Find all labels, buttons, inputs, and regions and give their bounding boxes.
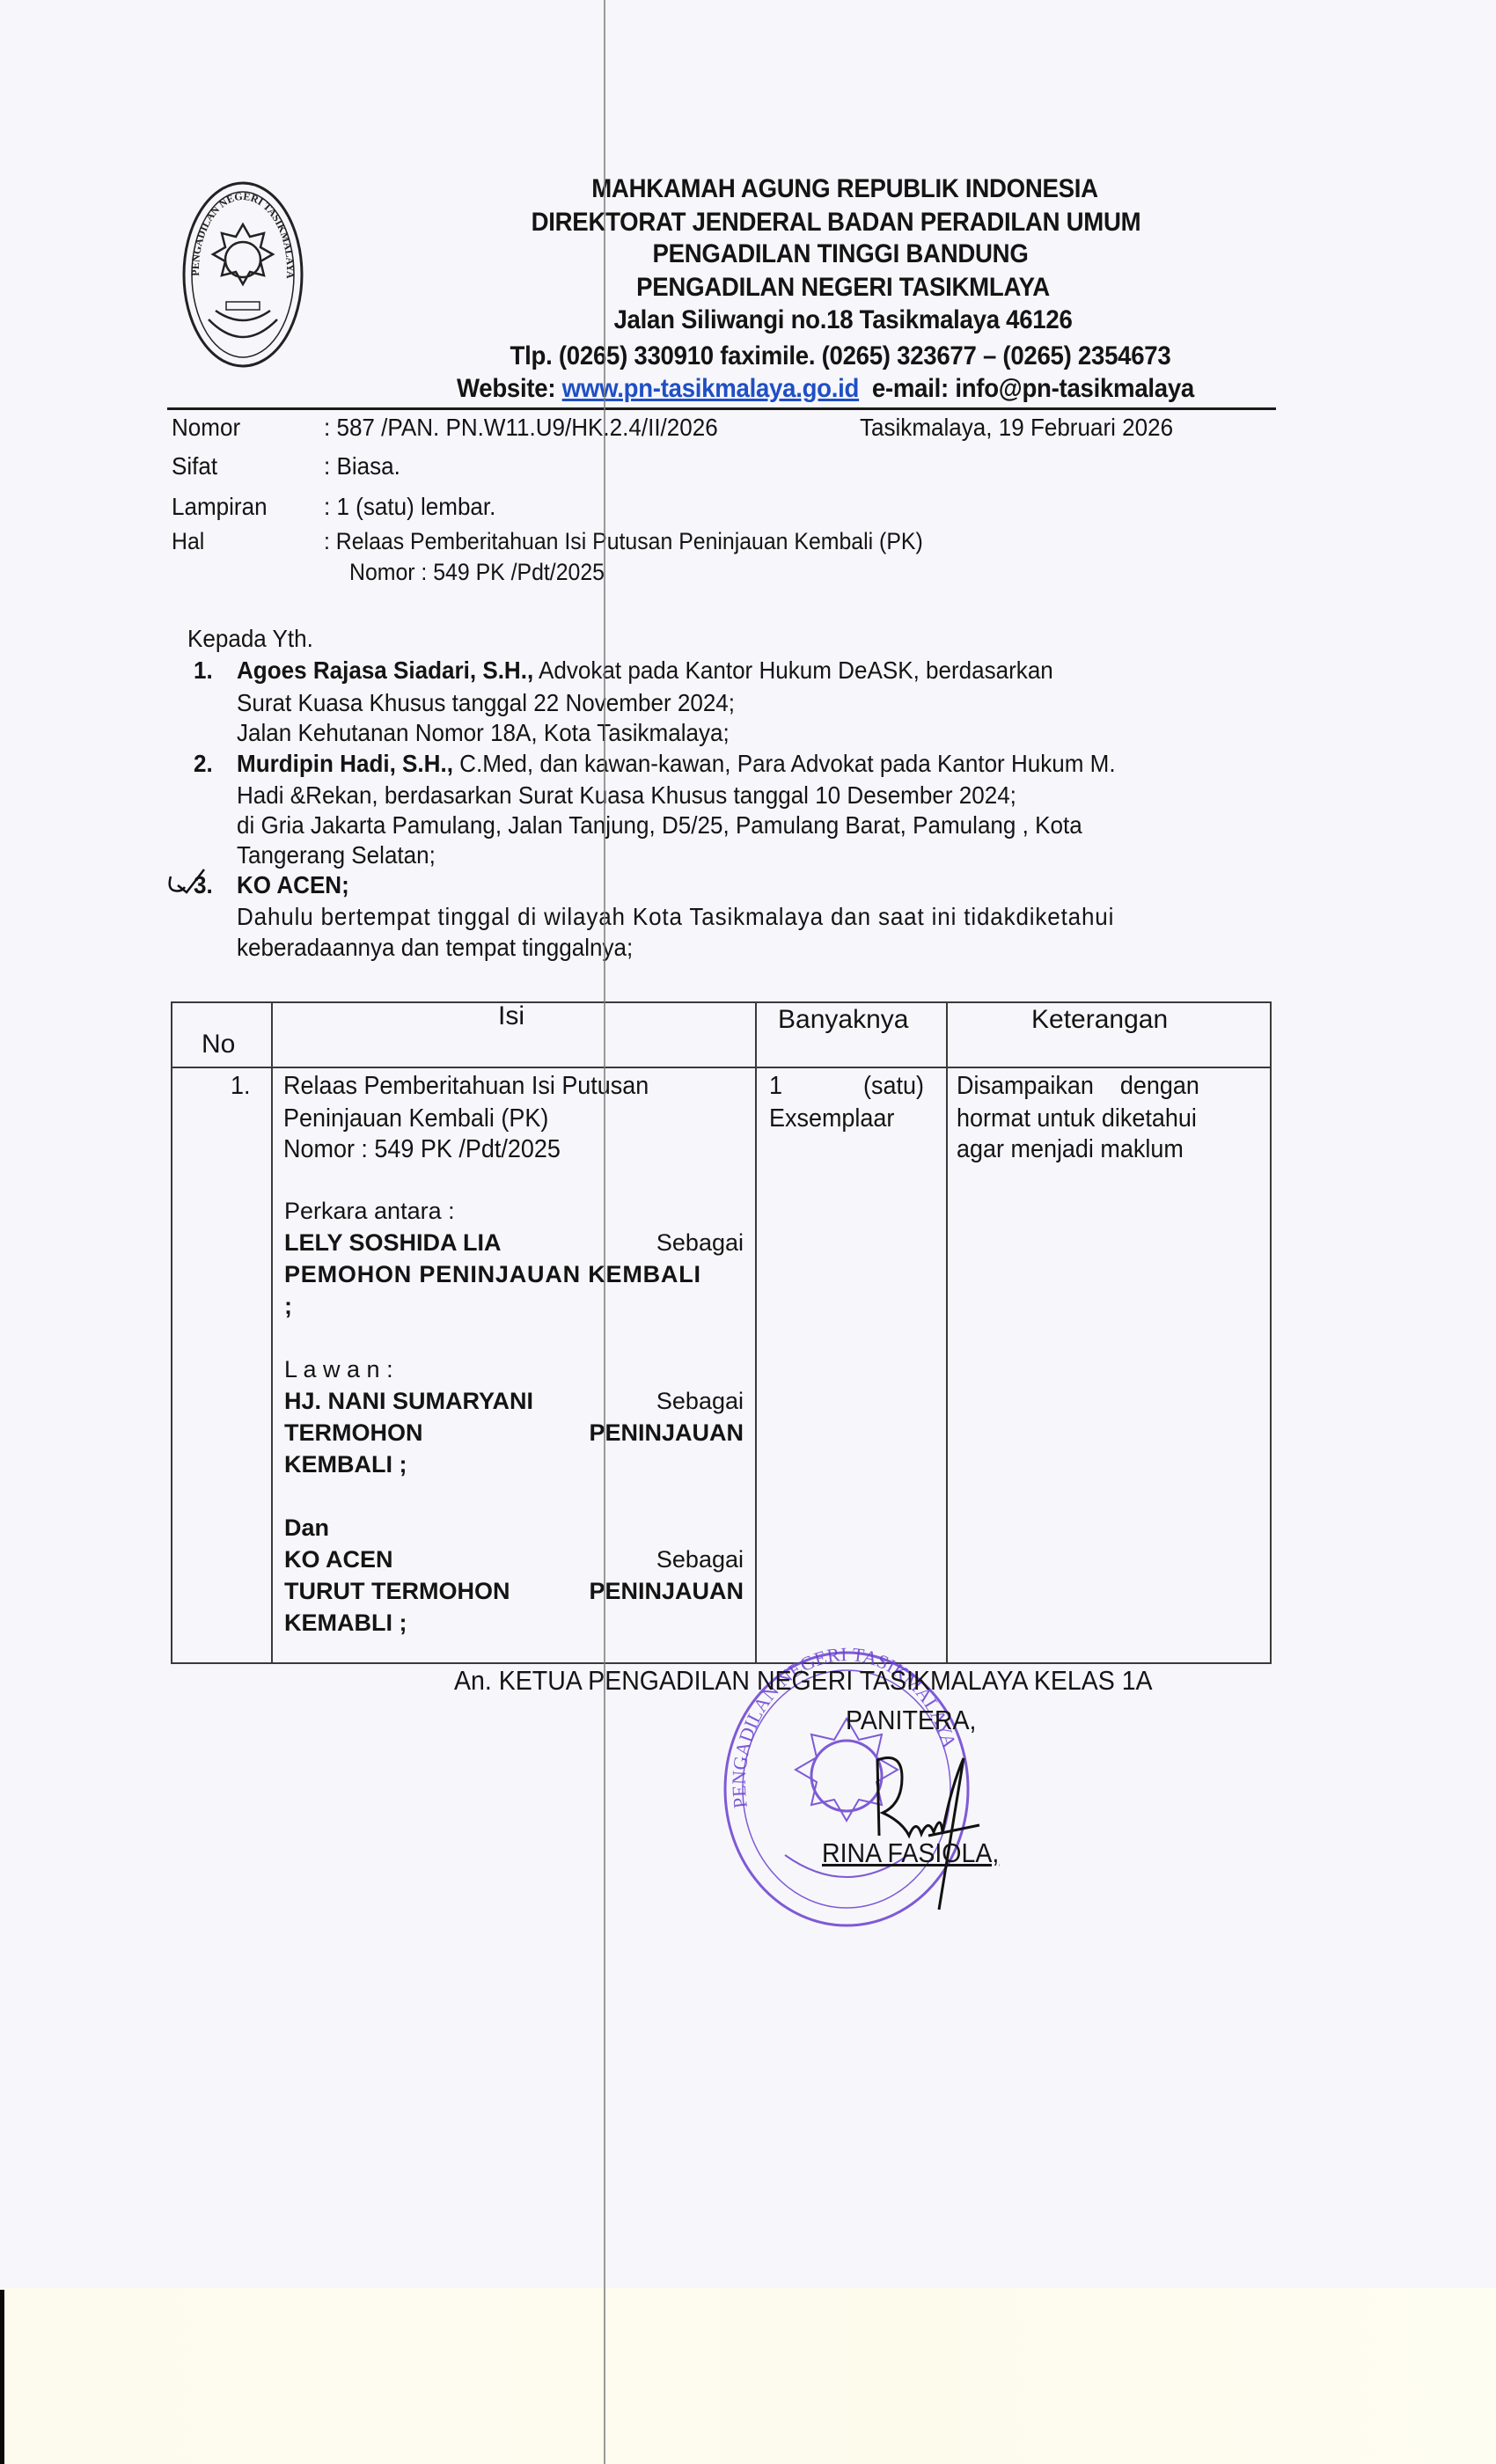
party-2-name: HJ. NANI SUMARYANI — [284, 1385, 533, 1417]
letterhead-line-1: MAHKAMAH AGUNG REPUBLIK INDONESIA — [157, 174, 1496, 204]
isi-line-3: Nomor : 549 PK /Pdt/2025 — [283, 1133, 561, 1166]
party-1-sebagai: Sebagai — [656, 1227, 744, 1258]
letterhead-phone: Tlp. (0265) 330910 faximile. (0265) 3236… — [152, 341, 1496, 371]
party-1-name: LELY SOSHIDA LIA — [284, 1227, 502, 1258]
recipient-3-line-2: Dahulu bertempat tinggal di wilayah Kota… — [237, 903, 1114, 931]
hal-label: Hal — [172, 528, 204, 555]
column-header-isi: Isi — [498, 1001, 524, 1031]
scanner-bed-area — [0, 2288, 1496, 2464]
recipient-2-number: 2. — [194, 750, 213, 778]
hal-value: : Relaas Pemberitahuan Isi Putusan Penin… — [324, 528, 923, 555]
recipient-1-line-2: Surat Kuasa Khusus tanggal 22 November 2… — [237, 689, 735, 717]
email-text: e-mail: info@pn-tasikmalaya — [872, 374, 1194, 403]
party-2-sebagai: Sebagai — [656, 1385, 744, 1417]
letterhead-rule — [167, 407, 1276, 410]
keterangan-line-2: hormat untuk diketahui — [957, 1103, 1197, 1135]
column-header-no: No — [202, 1030, 235, 1060]
banyaknya-unit: Exsemplaar — [769, 1103, 894, 1135]
party-2-role-c: KEMBALI ; — [284, 1448, 744, 1480]
party-2-role-a: TERMOHON — [284, 1417, 423, 1448]
sifat-label: Sifat — [172, 452, 217, 480]
party-1-role: PEMOHON PENINJAUAN KEMBALI — [284, 1258, 744, 1290]
table-divider — [271, 1001, 273, 1664]
recipient-2-desc: C.Med, dan kawan-kawan, Para Advokat pad… — [453, 750, 1116, 777]
fold-line — [604, 0, 605, 2464]
signatory-title: PANITERA, — [846, 1705, 976, 1736]
recipient-1-desc: Advokat pada Kantor Hukum DeASK, berdasa… — [533, 656, 1053, 684]
hal-value-case-number: Nomor : 549 PK /Pdt/2025 — [349, 559, 605, 586]
table-divider — [946, 1001, 948, 1664]
keterangan-line-1: Disampaikan dengan — [957, 1070, 1199, 1103]
website-label: Website: — [457, 374, 555, 403]
recipient-2-line-1: Murdipin Hadi, S.H., C.Med, dan kawan-ka… — [237, 750, 1116, 778]
recipient-2-name: Murdipin Hadi, S.H., — [237, 750, 453, 777]
party-1-end: ; — [284, 1290, 744, 1322]
nomor-label: Nomor — [172, 414, 240, 442]
party-3-sebagai: Sebagai — [656, 1544, 744, 1575]
recipient-3-number: 3. — [194, 871, 213, 899]
recipient-2-line-2: Hadi &Rekan, berdasarkan Surat Kuasa Khu… — [237, 781, 1016, 810]
greeting: Kepada Yth. — [187, 625, 313, 653]
letterhead-contact: Website: www.pn-tasikmalaya.go.id e-mail… — [137, 374, 1496, 404]
party-3-role-a: TURUT TERMOHON — [284, 1575, 510, 1607]
place-date: Tasikmalaya, 19 Februari 2026 — [860, 414, 1173, 442]
dan-label: Dan — [284, 1512, 744, 1544]
row-number: 1. — [231, 1070, 250, 1103]
recipient-3-name: KO ACEN; — [237, 871, 349, 899]
party-3-role-c: KEMABLI ; — [284, 1607, 744, 1639]
recipient-1-name: Agoes Rajasa Siadari, S.H., — [237, 656, 533, 684]
recipient-3-line-3: keberadaannya dan tempat tinggalnya; — [237, 934, 633, 962]
isi-line-1: Relaas Pemberitahuan Isi Putusan — [283, 1070, 649, 1103]
letterhead-line-3: PENGADILAN TINGGI BANDUNG — [152, 239, 1496, 269]
signatory-name: RINA FASIOLA, — [822, 1837, 999, 1869]
sifat-value: : Biasa. — [324, 452, 400, 480]
nomor-value: : 587 /PAN. PN.W11.U9/HK.2.4/II/2026 — [324, 414, 718, 442]
table-divider — [755, 1001, 757, 1664]
letterhead-line-4: PENGADILAN NEGERI TASIKMLAYA — [155, 273, 1496, 303]
letterhead-line-2: DIREKTORAT JENDERAL BADAN PERADILAN UMUM — [148, 208, 1496, 238]
party-3-role-b: PENINJAUAN — [589, 1575, 744, 1607]
banyaknya-number: 1 — [769, 1070, 782, 1103]
lawan-label: L a w a n : — [284, 1353, 744, 1385]
banyaknya-word: (satu) — [863, 1070, 924, 1103]
handwritten-signature-icon — [867, 1751, 999, 1918]
keterangan-line-3: agar menjadi maklum — [957, 1133, 1184, 1166]
lampiran-value: : 1 (satu) lembar. — [324, 493, 495, 521]
recipient-1-line-3: Jalan Kehutanan Nomor 18A, Kota Tasikmal… — [237, 719, 730, 747]
column-header-keterangan: Keterangan — [1031, 1005, 1168, 1035]
scanner-edge — [0, 2290, 4, 2464]
recipient-1-number: 1. — [194, 656, 213, 685]
lampiran-label: Lampiran — [172, 493, 268, 521]
recipient-2-line-3: di Gria Jakarta Pamulang, Jalan Tanjung,… — [237, 811, 1082, 840]
letterhead-address: Jalan Siliwangi no.18 Tasikmalaya 46126 — [155, 305, 1496, 335]
party-3-name: KO ACEN — [284, 1544, 393, 1575]
website-link[interactable]: www.pn-tasikmalaya.go.id — [562, 374, 859, 403]
party-2-role-b: PENINJAUAN — [589, 1417, 744, 1448]
perkara-label: Perkara antara : — [284, 1195, 744, 1227]
column-header-banyaknya: Banyaknya — [778, 1005, 908, 1035]
isi-line-2: Peninjauan Kembali (PK) — [283, 1103, 548, 1135]
on-behalf-line: An. KETUA PENGADILAN NEGERI TASIKMALAYA … — [454, 1665, 1153, 1697]
party-section: Perkara antara : LELY SOSHIDA LIASebagai… — [284, 1195, 744, 1639]
recipient-2-line-4: Tangerang Selatan; — [237, 841, 436, 869]
recipient-1-line-1: Agoes Rajasa Siadari, S.H., Advokat pada… — [237, 656, 1053, 685]
table-header-divider — [171, 1067, 1272, 1068]
